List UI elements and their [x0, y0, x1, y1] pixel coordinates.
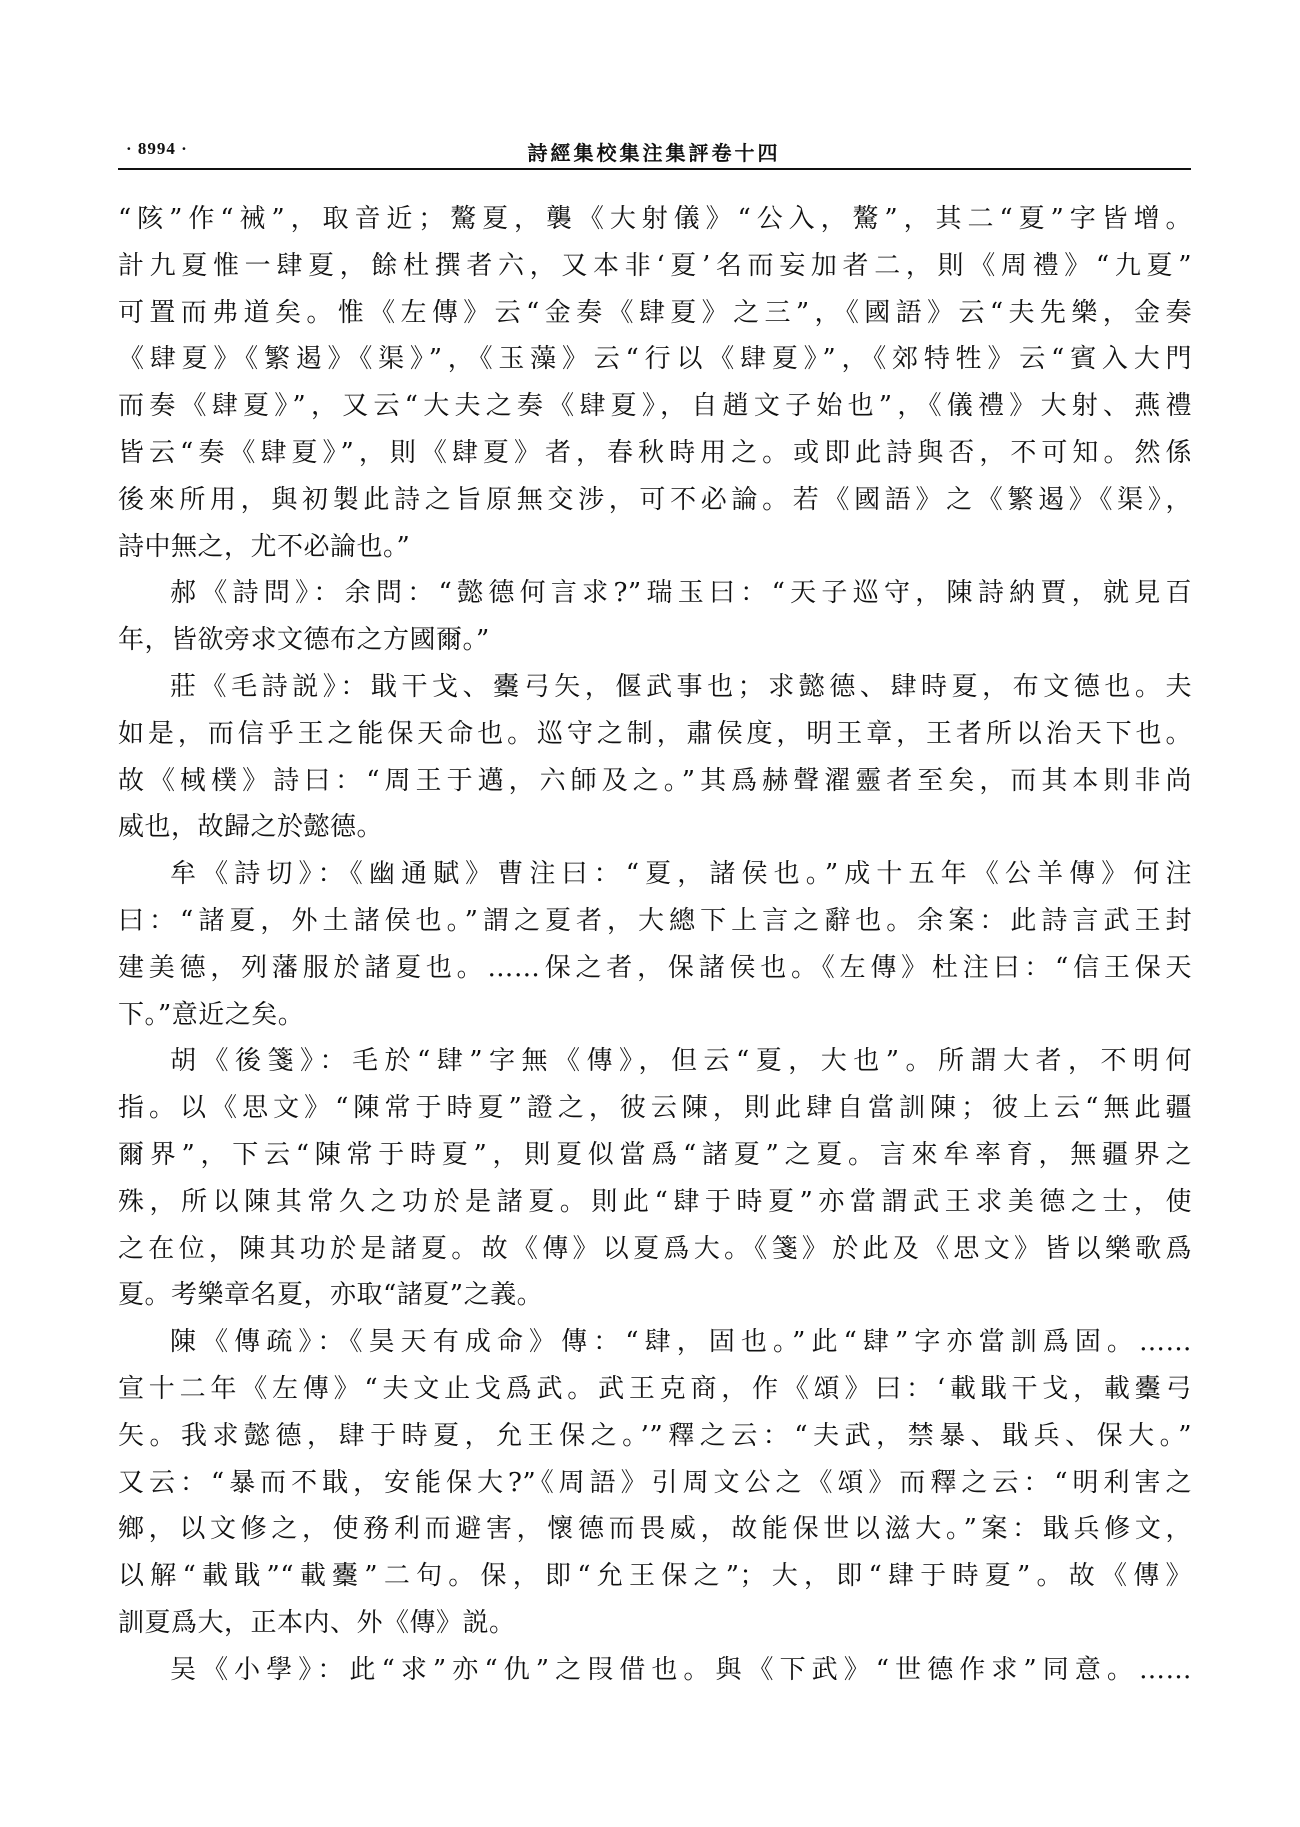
text-line: 後來所用，與初製此詩之旨原無交涉，可不必論。若《國語》之《繁遏》《渠》，	[118, 477, 1192, 524]
text-line: 曰：“諸夏，外土諸侯也。”謂之夏者，大總下上言之辭也。余案：此詩言武王封	[118, 898, 1192, 945]
page-header: · 8994 · 詩經集校集注集評卷十四	[118, 133, 1190, 167]
text-line: 胡《後箋》：毛於“肆”字無《傳》，但云“夏，大也”。所謂大者，不明何	[118, 1038, 1192, 1085]
text-line: 計九夏惟一肆夏，餘杜撰者六，又本非‘夏’名而妄加者二，則《周禮》“九夏”	[118, 243, 1192, 290]
text-line: 訓夏爲大，正本内、外《傳》説。	[118, 1600, 1192, 1647]
text-line: 可置而弗道矣。惟《左傳》云“金奏《肆夏》之三”，《國語》云“夫先樂，金奏	[118, 290, 1192, 337]
text-line: 而奏《肆夏》”，又云“大夫之奏《肆夏》，自趙文子始也”，《儀禮》大射、燕禮	[118, 383, 1192, 430]
text-line: 矢。我求懿德，肆于時夏，允王保之。’”釋之云：“夫武，禁暴、戢兵、保大。”	[118, 1413, 1192, 1460]
text-line: 年，皆欲旁求文德布之方國爾。”	[118, 617, 1192, 664]
text-line: 威也，故歸之於懿德。	[118, 804, 1192, 851]
text-line: “陔”作“祴”，取音近；驁夏，襲《大射儀》“公入，驁”，其二“夏”字皆增。	[118, 196, 1192, 243]
running-title: 詩經集校集注集評卷十四	[118, 137, 1190, 166]
text-line: 陳《傳疏》：《昊天有成命》傳：“肆，固也。”此“肆”字亦當訓爲固。……	[118, 1319, 1192, 1366]
text-line: 《肆夏》《繁遏》《渠》”，《玉藻》云“行以《肆夏》”，《郊特牲》云“賓入大門	[118, 336, 1192, 383]
text-line: 牟《詩切》：《幽通賦》曹注曰：“夏，諸侯也。”成十五年《公羊傳》何注	[118, 851, 1192, 898]
text-line: 夏。考樂章名夏，亦取“諸夏”之義。	[118, 1272, 1192, 1319]
text-line: 皆云“奏《肆夏》”，則《肆夏》者，春秋時用之。或即此詩與否，不可知。然係	[118, 430, 1192, 477]
body-text: “陔”作“祴”，取音近；驁夏，襲《大射儀》“公入，驁”，其二“夏”字皆增。計九夏…	[118, 196, 1192, 1694]
text-line: 建美德，列藩服於諸夏也。……保之者，保諸侯也。《左傳》杜注曰：“信王保天	[118, 945, 1192, 992]
text-line: 之在位，陳其功於是諸夏。故《傳》以夏爲大。《箋》於此及《思文》皆以樂歌爲	[118, 1226, 1192, 1273]
header-rule	[118, 168, 1191, 170]
text-line: 以解“載戢”“載櫜”二句。保，即“允王保之”；大，即“肆于時夏”。故《傳》	[118, 1553, 1192, 1600]
text-line: 莊《毛詩説》：戢干戈、櫜弓矢，偃武事也；求懿德、肆時夏，布文德也。夫	[118, 664, 1192, 711]
text-line: 又云：“暴而不戢，安能保大?”《周語》引周文公之《頌》而釋之云：“明利害之	[118, 1460, 1192, 1507]
text-line: 鄉，以文修之，使務利而避害，懷德而畏威，故能保世以滋大。”案：戢兵修文，	[118, 1506, 1192, 1553]
text-line: 下。”意近之矣。	[118, 992, 1192, 1039]
text-line: 殊，所以陳其常久之功於是諸夏。則此“肆于時夏”亦當謂武王求美德之士，使	[118, 1179, 1192, 1226]
text-line: 吴《小學》：此“求”亦“仇”之叚借也。與《下武》“世德作求”同意。……	[118, 1647, 1192, 1694]
text-line: 宣十二年《左傳》“夫文止戈爲武。武王克商，作《頌》曰：‘載戢干戈，載櫜弓	[118, 1366, 1192, 1413]
text-line: 詩中無之，尤不必論也。”	[118, 524, 1192, 571]
text-line: 故《棫樸》詩曰：“周王于邁，六師及之。”其爲赫聲濯靈者至矣，而其本則非尚	[118, 758, 1192, 805]
text-line: 指。以《思文》“陳常于時夏”證之，彼云陳，則此肆自當訓陳；彼上云“無此疆	[118, 1085, 1192, 1132]
text-line: 如是，而信乎王之能保天命也。巡守之制，肅侯度，明王章，王者所以治天下也。	[118, 711, 1192, 758]
text-line: 郝《詩問》：余問：“懿德何言求?”瑞玉曰：“天子巡守，陳詩納賈，就見百	[118, 570, 1192, 617]
text-line: 爾界”，下云“陳常于時夏”，則夏似當爲“諸夏”之夏。言來牟率育，無疆界之	[118, 1132, 1192, 1179]
